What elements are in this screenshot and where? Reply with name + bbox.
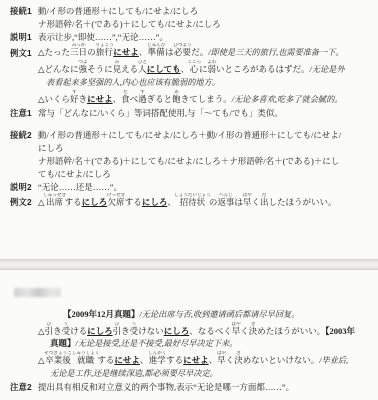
line-content: 无论是工作,还是继续深造,都必须要尽早决定。 — [38, 367, 378, 381]
ruby-run: 飽あ — [172, 94, 181, 104]
ruby-run: 招待状しょうたいじょう — [176, 197, 209, 207]
text-run: そうに — [87, 64, 113, 74]
line-content: △どんなに強つよそうに見みえる人ひとにしても、心こころに弱よわいところがあるはず… — [38, 60, 378, 77]
ruby-run: 早はや — [217, 355, 226, 365]
text-run: する — [125, 197, 142, 207]
row-label: 説明2 — [10, 181, 38, 194]
text-run: にしろ — [38, 143, 64, 153]
text-run: く — [240, 326, 249, 336]
grammar-marker: にしろ — [142, 197, 168, 207]
text-run: く — [251, 197, 260, 207]
ruby-run: 進学しんがく — [148, 355, 166, 365]
text-run: “无论……还是……”。 — [38, 182, 122, 192]
text-run: ける — [70, 326, 87, 336]
line-content: 常与「どんなに/いくら」等词搭配使用,与「～ても/でも」类似。 — [38, 107, 378, 120]
line-content: △出席しゅっせきするにしろ欠席けっせきするにしろ、招待状しょうたいじょうの返事へ… — [38, 193, 378, 209]
grammar-marker: にしろ — [87, 326, 113, 336]
bold-run: 【2003年 — [325, 326, 355, 336]
doc-line: 説明1表示让步,“即使……”,“无论……”。 — [0, 30, 378, 43]
doc-line: 无论是工作,还是继续深造,都必须要尽早决定。 — [0, 367, 378, 381]
grammar-marker: にせよ — [183, 355, 209, 365]
text-run: めないといけない。 — [243, 355, 320, 365]
text-run: けない — [138, 326, 164, 336]
doc-line: ても/にせよ/にしろ — [0, 167, 378, 180]
ruby-run: 返事へんじ — [217, 197, 234, 207]
text-run: する — [166, 355, 183, 365]
ruby-run: 必要ひつよう — [174, 47, 192, 57]
doc-line: 例文1△たった三日みっかの旅行りょこうにせよ、準備じゅんびは必要ひつようだ。/即… — [0, 43, 378, 60]
grammar-entry-2: 【2009年12月真題】/无论出席与否,收到邀请函后都请尽早回复。△引ひき受うけ… — [0, 308, 378, 394]
text-run: ナ形語幹/名＋(である)＋にしても/にせよ/にしろ — [38, 19, 221, 29]
ruby-run: 食た — [121, 94, 130, 104]
ruby-run: 受う — [62, 326, 71, 336]
ruby-run: 出席しゅっせき — [45, 197, 65, 207]
line-content: にしろ — [38, 142, 378, 155]
ruby-run: 卒業後そつぎょうご — [45, 355, 72, 365]
line-content: 動/イ形の普通形＋にしても/にせよ/にしろ＋動/イ形の普通形＋にしても/にせよ/ — [38, 129, 378, 142]
grammar-marker: にせよ — [113, 47, 139, 57]
line-content: △いくら好すきにせよ、食たべ過すぎると飽あきてしまう。/无论多喜欢,吃多了就会腻… — [38, 90, 378, 107]
grammar-marker: にしろ — [82, 197, 108, 207]
row-label: 例文1 — [10, 47, 38, 60]
grammar-marker: にしても — [147, 64, 181, 74]
text-run: 提出具有相反和对立意义的两个事物,表示“无论是哪一方面都……”。 — [38, 382, 294, 392]
line-content: △たった三日みっかの旅行りょこうにせよ、準備じゅんびは必要ひつようだ。/即使是三… — [38, 43, 378, 60]
line-content: 真題】/无论是接受,还是不接受,最好尽早决定下来。 — [38, 337, 378, 351]
doc-line: 説明2“无论……还是……”。 — [0, 180, 378, 193]
text-run: 動/イ形の普通形＋にしても/にせよ/にしろ＋動/イ形の普通形＋にしても/にせよ/ — [38, 130, 341, 140]
bold-run: 真題】 — [50, 338, 76, 348]
text-run: する — [97, 355, 114, 365]
text-run: ナ形語幹/名＋(である)＋にしても/にせよ/にしろ＋ナ形語幹/名＋(である)＋に… — [38, 156, 339, 166]
ruby-run: 旅行りょこう — [96, 47, 114, 57]
doc-line: 接続1動/イ形の普通形＋にしても/にせよ/にしろ — [0, 4, 378, 17]
line-content: 表看起来多坚强的人,内心也应该有脆弱的地方。 — [38, 76, 378, 90]
row-label: 注意1 — [10, 107, 38, 120]
line-content: ても/にせよ/にしろ — [38, 168, 378, 181]
ruby-run: 決き — [234, 355, 243, 365]
text-run: △いくら — [38, 94, 70, 104]
text-run: ぎると — [147, 94, 173, 104]
line-content: △卒業後そつぎょうご就職しゅうしょくするにせよ、進学しんがくするにせよ、早はやく… — [38, 351, 378, 368]
text-run: △どんなに — [38, 64, 79, 74]
ruby-run: 心こころ — [189, 64, 199, 74]
text-run: ても/にせよ/にしろ — [38, 169, 111, 179]
doc-line: 【2009年12月真題】/无论出席与否,收到邀请函后都请尽早回复。 — [0, 308, 378, 322]
line-content: 【2009年12月真題】/无论出席与否,收到邀请函后都请尽早回复。 — [38, 308, 378, 322]
ruby-run: 決き — [249, 326, 258, 336]
doc-line: 真題】/无论是接受,还是不接受,最好尽早决定下来。 — [0, 337, 378, 351]
doc-line: 接続2動/イ形の普通形＋にしても/にせよ/にしろ＋動/イ形の普通形＋にしても/に… — [0, 128, 378, 141]
doc-line: 注意2提出具有相反和对立意义的两个事物,表示“无论是哪一方面都……”。 — [0, 381, 378, 394]
chinese-translation: /毕业后, — [319, 356, 348, 365]
text-run: える — [121, 64, 138, 74]
ruby-run: 引ひ — [45, 326, 54, 336]
text-run: べ — [130, 94, 139, 104]
ruby-run: 準備じゅんび — [147, 47, 165, 57]
text-run: 、 — [209, 355, 218, 365]
row-label: 注意2 — [10, 381, 38, 394]
ruby-run: 人ひと — [138, 64, 147, 74]
chinese-translation: /无论多喜欢,吃多了就会腻的。 — [232, 95, 343, 104]
line-content: △引ひき受うけるにしろ引ひき受うけないにしろ、なるべく早はやく決きめたほうがいい… — [38, 322, 378, 338]
chinese-translation: 表看起来多坚强的人,内心也应该有脆弱的地方。 — [46, 78, 220, 87]
text-run: 常与「どんなに/いくら」等词搭配使用,与「～ても/でも」类似。 — [38, 108, 283, 118]
chinese-translation: 无论是工作,还是继续深造,都必须要尽早决定。 — [50, 369, 218, 378]
ruby-run: 過す — [138, 94, 147, 104]
text-run: は — [234, 197, 243, 207]
ruby-run: 好す — [70, 94, 79, 104]
doc-line: △どんなに強つよそうに見みえる人ひとにしても、心こころに弱よわいところがあるはず… — [0, 60, 378, 77]
text-run: △ — [38, 326, 45, 336]
line-content: “无论……还是……”。 — [38, 181, 378, 194]
doc-line: 表看起来多坚强的人,内心也应该有脆弱的地方。 — [0, 76, 378, 90]
line-content: 表示让步,“即使……”,“无论……”。 — [38, 31, 378, 44]
ruby-run: 受う — [130, 326, 139, 336]
text-run: 、 — [113, 94, 122, 104]
chinese-translation: /无论出席与否,收到邀请函后都请尽早回复。 — [140, 310, 300, 319]
row-label: 説明1 — [10, 31, 38, 44]
redacted-watermark — [14, 288, 61, 297]
row-label: 接続1 — [10, 5, 38, 18]
chinese-translation: /无论是接受,还是不接受,最好尽早决定下来。 — [76, 339, 238, 348]
doc-line: ナ形語幹/名＋(である)＋にしても/にせよ/にしろ — [0, 17, 378, 30]
ruby-run: 弱よわ — [207, 64, 216, 74]
line-content: ナ形語幹/名＋(である)＋にしても/にせよ/にしろ — [38, 18, 378, 31]
row-label: 例文2 — [10, 196, 38, 209]
text-run: 動/イ形の普通形＋にしても/にせよ/にしろ — [38, 6, 198, 16]
doc-line: △いくら好すきにせよ、食たべ過すぎると飽あきてしまう。/无论多喜欢,吃多了就会腻… — [0, 90, 378, 107]
ruby-run: 早はや — [232, 326, 241, 336]
line-content: 動/イ形の普通形＋にしても/にせよ/にしろ — [38, 5, 378, 18]
line-content: ナ形語幹/名＋(である)＋にしても/にせよ/にしろ＋ナ形語幹/名＋(である)＋に… — [38, 155, 378, 168]
text-run: いところがあるはずだ。 — [216, 64, 310, 74]
doc-line: 例文2△出席しゅっせきするにしろ欠席けっせきするにしろ、招待状しょうたいじょうの… — [0, 193, 378, 209]
ruby-run: 欠席けっせき — [107, 197, 125, 207]
ruby-run: 引ひ — [113, 326, 122, 336]
text-run: き — [79, 94, 88, 104]
doc-line: △卒業後そつぎょうご就職しゅうしょくするにせよ、進学しんがくするにせよ、早はやく… — [0, 351, 378, 368]
ruby-run: 見み — [113, 64, 122, 74]
grammar-entry-1: 接続1動/イ形の普通形＋にしても/にせよ/にしろナ形語幹/名＋(である)＋にして… — [0, 4, 378, 209]
grammar-marker: にせよ — [114, 355, 140, 365]
doc-line: 注意1常与「どんなに/いくら」等词搭配使用,与「～ても/でも」类似。 — [0, 106, 378, 119]
text-run: したほうがいい。 — [268, 197, 336, 207]
chinese-translation: /即使是三天的旅行,也需要准备一下。 — [208, 48, 343, 57]
page-divider — [0, 259, 378, 270]
row-label: 接続2 — [10, 129, 38, 142]
text-run: 表示让步,“即使……”,“无论……”。 — [38, 32, 168, 42]
text-run: する — [65, 197, 82, 207]
text-run: だ。 — [191, 47, 208, 57]
text-run: く — [226, 355, 235, 365]
grammar-marker: にしろ — [164, 326, 190, 336]
chinese-translation: /无论是外 — [310, 65, 345, 74]
doc-line: にしろ — [0, 141, 378, 154]
text-run: き — [53, 326, 62, 336]
ruby-run: 強つよ — [79, 64, 88, 74]
text-run: めたほうがいい。 — [257, 326, 325, 336]
text-run: 、なるべく — [189, 326, 232, 336]
ruby-run: 三日みっか — [70, 47, 87, 57]
bold-run: 【2009年12月真題】 — [63, 309, 140, 319]
doc-line: △引ひき受うけるにしろ引ひき受うけないにしろ、なるべく早はやく決きめたほうがいい… — [0, 322, 378, 338]
doc-line: ナ形語幹/名＋(である)＋にしても/にせよ/にしろ＋ナ形語幹/名＋(である)＋に… — [0, 154, 378, 167]
text-run: △たった — [38, 47, 70, 57]
ruby-run: 就職しゅうしょく — [72, 355, 98, 365]
text-run: きてしまう。 — [181, 94, 232, 104]
text-run: き — [121, 326, 130, 336]
grammar-marker: にせよ — [87, 94, 113, 104]
line-content: 提出具有相反和对立意义的两个事物,表示“无论是哪一方面都……”。 — [38, 381, 378, 394]
